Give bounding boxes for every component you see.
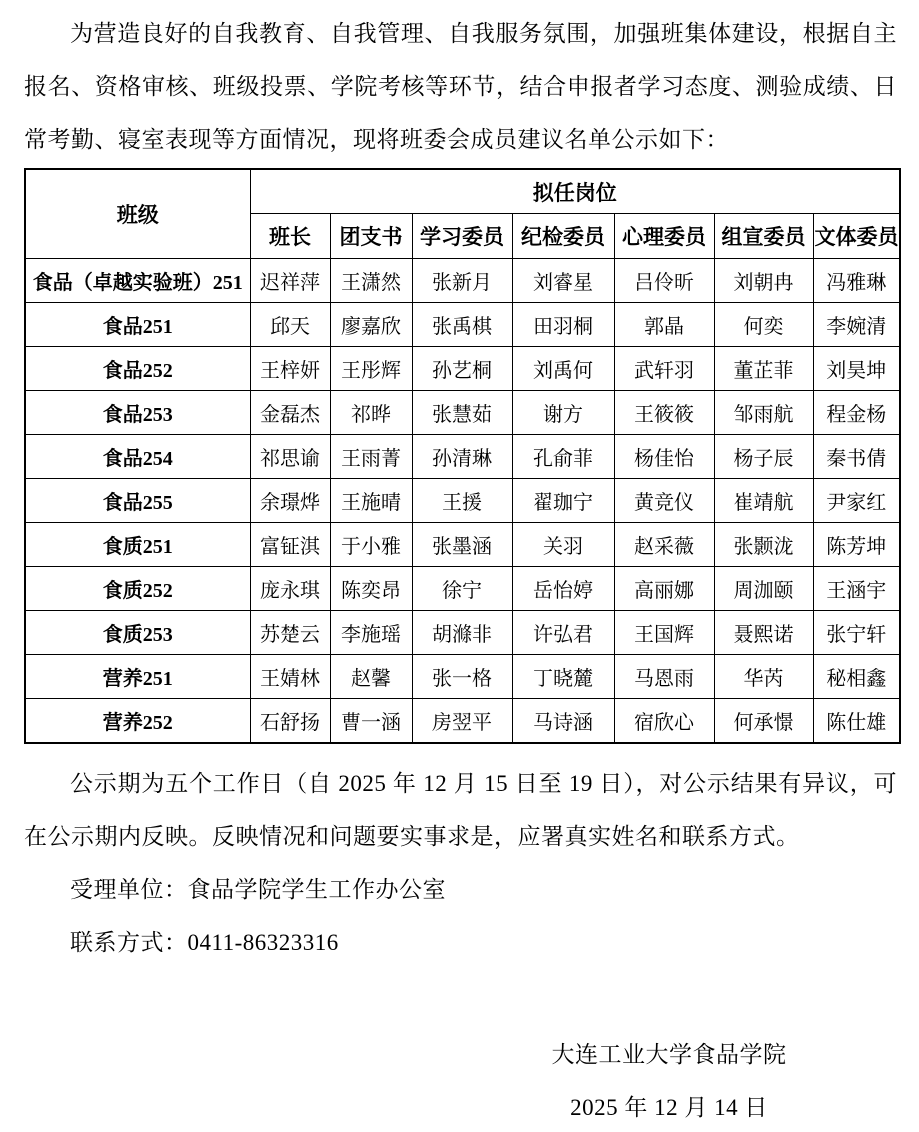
member-name-cell: 胡滌非 bbox=[412, 611, 512, 655]
class-name-cell: 营养251 bbox=[25, 655, 250, 699]
member-name-cell: 张墨涵 bbox=[412, 523, 512, 567]
member-name-cell: 富钲淇 bbox=[250, 523, 330, 567]
member-name-cell: 刘昊坤 bbox=[813, 347, 900, 391]
member-name-cell: 王婧林 bbox=[250, 655, 330, 699]
member-name-cell: 谢方 bbox=[512, 391, 614, 435]
committee-table: 班级 拟任岗位 班长团支书学习委员纪检委员心理委员组宣委员文体委员 食品（卓越实… bbox=[24, 168, 901, 744]
class-name-cell: 食品254 bbox=[25, 435, 250, 479]
document-page: 为营造良好的自我教育、自我管理、自我服务氛围，加强班集体建设，根据自主报名、资格… bbox=[0, 0, 919, 1132]
position-column-header: 文体委员 bbox=[813, 214, 900, 259]
member-name-cell: 董芷菲 bbox=[714, 347, 813, 391]
member-name-cell: 王雨菁 bbox=[330, 435, 412, 479]
member-name-cell: 祁晔 bbox=[330, 391, 412, 435]
member-name-cell: 苏楚云 bbox=[250, 611, 330, 655]
member-name-cell: 庞永琪 bbox=[250, 567, 330, 611]
member-name-cell: 王筱筱 bbox=[614, 391, 714, 435]
member-name-cell: 张新月 bbox=[412, 259, 512, 303]
member-name-cell: 王梓妍 bbox=[250, 347, 330, 391]
member-name-cell: 刘睿星 bbox=[512, 259, 614, 303]
member-name-cell: 李婉清 bbox=[813, 303, 900, 347]
position-column-header: 学习委员 bbox=[412, 214, 512, 259]
member-name-cell: 聂熙诺 bbox=[714, 611, 813, 655]
intro-paragraph: 为营造良好的自我教育、自我管理、自我服务氛围，加强班集体建设，根据自主报名、资格… bbox=[24, 7, 897, 166]
class-column-header: 班级 bbox=[25, 169, 250, 259]
member-name-cell: 邱天 bbox=[250, 303, 330, 347]
contact-line: 联系方式：0411-86323316 bbox=[24, 916, 897, 969]
member-name-cell: 宿欣心 bbox=[614, 699, 714, 744]
member-name-cell: 马诗涵 bbox=[512, 699, 614, 744]
member-name-cell: 房翌平 bbox=[412, 699, 512, 744]
member-name-cell: 赵馨 bbox=[330, 655, 412, 699]
member-name-cell: 何奕 bbox=[714, 303, 813, 347]
class-name-cell: 食品253 bbox=[25, 391, 250, 435]
member-name-cell: 何承憬 bbox=[714, 699, 813, 744]
member-name-cell: 孙艺桐 bbox=[412, 347, 512, 391]
member-name-cell: 刘朝冉 bbox=[714, 259, 813, 303]
member-name-cell: 迟祥萍 bbox=[250, 259, 330, 303]
member-name-cell: 石舒扬 bbox=[250, 699, 330, 744]
member-name-cell: 廖嘉欣 bbox=[330, 303, 412, 347]
notice-paragraph: 公示期为五个工作日（自 2025 年 12 月 15 日至 19 日），对公示结… bbox=[24, 757, 897, 863]
member-name-cell: 王施晴 bbox=[330, 479, 412, 523]
position-column-header: 团支书 bbox=[330, 214, 412, 259]
table-row: 食品252王梓妍王彤辉孙艺桐刘禹何武轩羽董芷菲刘昊坤 bbox=[25, 347, 900, 391]
member-name-cell: 丁晓麓 bbox=[512, 655, 614, 699]
position-column-header: 心理委员 bbox=[614, 214, 714, 259]
member-name-cell: 郭晶 bbox=[614, 303, 714, 347]
member-name-cell: 崔靖航 bbox=[714, 479, 813, 523]
class-name-cell: 食品（卓越实验班）251 bbox=[25, 259, 250, 303]
member-name-cell: 张慧茹 bbox=[412, 391, 512, 435]
member-name-cell: 武轩羽 bbox=[614, 347, 714, 391]
member-name-cell: 秘相鑫 bbox=[813, 655, 900, 699]
position-column-header: 纪检委员 bbox=[512, 214, 614, 259]
member-name-cell: 徐宁 bbox=[412, 567, 512, 611]
member-name-cell: 陈奕昂 bbox=[330, 567, 412, 611]
member-name-cell: 孙清琳 bbox=[412, 435, 512, 479]
class-name-cell: 食品251 bbox=[25, 303, 250, 347]
table-row: 食质253苏楚云李施瑶胡滌非许弘君王国辉聂熙诺张宁轩 bbox=[25, 611, 900, 655]
member-name-cell: 刘禹何 bbox=[512, 347, 614, 391]
class-name-cell: 食品255 bbox=[25, 479, 250, 523]
table-row: 食品254祁思谕王雨菁孙清琳孔俞菲杨佳怡杨子辰秦书倩 bbox=[25, 435, 900, 479]
member-name-cell: 冯雅琳 bbox=[813, 259, 900, 303]
signature-date: 2025 年 12 月 14 日 bbox=[441, 1081, 897, 1132]
member-name-cell: 余璟烨 bbox=[250, 479, 330, 523]
member-name-cell: 王潇然 bbox=[330, 259, 412, 303]
member-name-cell: 王涵宇 bbox=[813, 567, 900, 611]
class-name-cell: 食质251 bbox=[25, 523, 250, 567]
member-name-cell: 周泇颐 bbox=[714, 567, 813, 611]
member-name-cell: 岳怡婷 bbox=[512, 567, 614, 611]
signature-org: 大连工业大学食品学院 bbox=[441, 1028, 897, 1081]
member-name-cell: 华芮 bbox=[714, 655, 813, 699]
member-name-cell: 邹雨航 bbox=[714, 391, 813, 435]
member-name-cell: 金磊杰 bbox=[250, 391, 330, 435]
table-row: 食品（卓越实验班）251迟祥萍王潇然张新月刘睿星吕伶昕刘朝冉冯雅琳 bbox=[25, 259, 900, 303]
class-name-cell: 食品252 bbox=[25, 347, 250, 391]
member-name-cell: 许弘君 bbox=[512, 611, 614, 655]
class-name-cell: 食质252 bbox=[25, 567, 250, 611]
member-name-cell: 曹一涵 bbox=[330, 699, 412, 744]
member-name-cell: 张一格 bbox=[412, 655, 512, 699]
member-name-cell: 李施瑶 bbox=[330, 611, 412, 655]
member-name-cell: 尹家红 bbox=[813, 479, 900, 523]
member-name-cell: 王援 bbox=[412, 479, 512, 523]
member-name-cell: 吕伶昕 bbox=[614, 259, 714, 303]
table-row: 营养252石舒扬曹一涵房翌平马诗涵宿欣心何承憬陈仕雄 bbox=[25, 699, 900, 744]
member-name-cell: 高丽娜 bbox=[614, 567, 714, 611]
signature-block: 大连工业大学食品学院 2025 年 12 月 14 日 bbox=[441, 1028, 897, 1132]
member-name-cell: 张禹棋 bbox=[412, 303, 512, 347]
table-row: 食质251富钲淇于小雅张墨涵关羽赵采薇张颢泷陈芳坤 bbox=[25, 523, 900, 567]
position-column-header: 组宣委员 bbox=[714, 214, 813, 259]
member-name-cell: 程金杨 bbox=[813, 391, 900, 435]
position-column-header: 班长 bbox=[250, 214, 330, 259]
member-name-cell: 赵采薇 bbox=[614, 523, 714, 567]
member-name-cell: 杨佳怡 bbox=[614, 435, 714, 479]
member-name-cell: 张颢泷 bbox=[714, 523, 813, 567]
table-row: 营养251王婧林赵馨张一格丁晓麓马恩雨华芮秘相鑫 bbox=[25, 655, 900, 699]
member-name-cell: 杨子辰 bbox=[714, 435, 813, 479]
member-name-cell: 黄竞仪 bbox=[614, 479, 714, 523]
member-name-cell: 陈仕雄 bbox=[813, 699, 900, 744]
member-name-cell: 田羽桐 bbox=[512, 303, 614, 347]
member-name-cell: 张宁轩 bbox=[813, 611, 900, 655]
class-name-cell: 食质253 bbox=[25, 611, 250, 655]
table-row: 食品255余璟烨王施晴王援翟珈宁黄竞仪崔靖航尹家红 bbox=[25, 479, 900, 523]
accepting-unit-line: 受理单位：食品学院学生工作办公室 bbox=[24, 863, 897, 916]
member-name-cell: 于小雅 bbox=[330, 523, 412, 567]
class-name-cell: 营养252 bbox=[25, 699, 250, 744]
member-name-cell: 祁思谕 bbox=[250, 435, 330, 479]
member-name-cell: 孔俞菲 bbox=[512, 435, 614, 479]
table-row: 食品253金磊杰祁晔张慧茹谢方王筱筱邹雨航程金杨 bbox=[25, 391, 900, 435]
member-name-cell: 陈芳坤 bbox=[813, 523, 900, 567]
member-name-cell: 关羽 bbox=[512, 523, 614, 567]
member-name-cell: 王国辉 bbox=[614, 611, 714, 655]
table-row: 食质252庞永琪陈奕昂徐宁岳怡婷高丽娜周泇颐王涵宇 bbox=[25, 567, 900, 611]
member-name-cell: 秦书倩 bbox=[813, 435, 900, 479]
member-name-cell: 马恩雨 bbox=[614, 655, 714, 699]
positions-header: 拟任岗位 bbox=[250, 169, 900, 214]
member-name-cell: 翟珈宁 bbox=[512, 479, 614, 523]
member-name-cell: 王彤辉 bbox=[330, 347, 412, 391]
table-row: 食品251邱天廖嘉欣张禹棋田羽桐郭晶何奕李婉清 bbox=[25, 303, 900, 347]
